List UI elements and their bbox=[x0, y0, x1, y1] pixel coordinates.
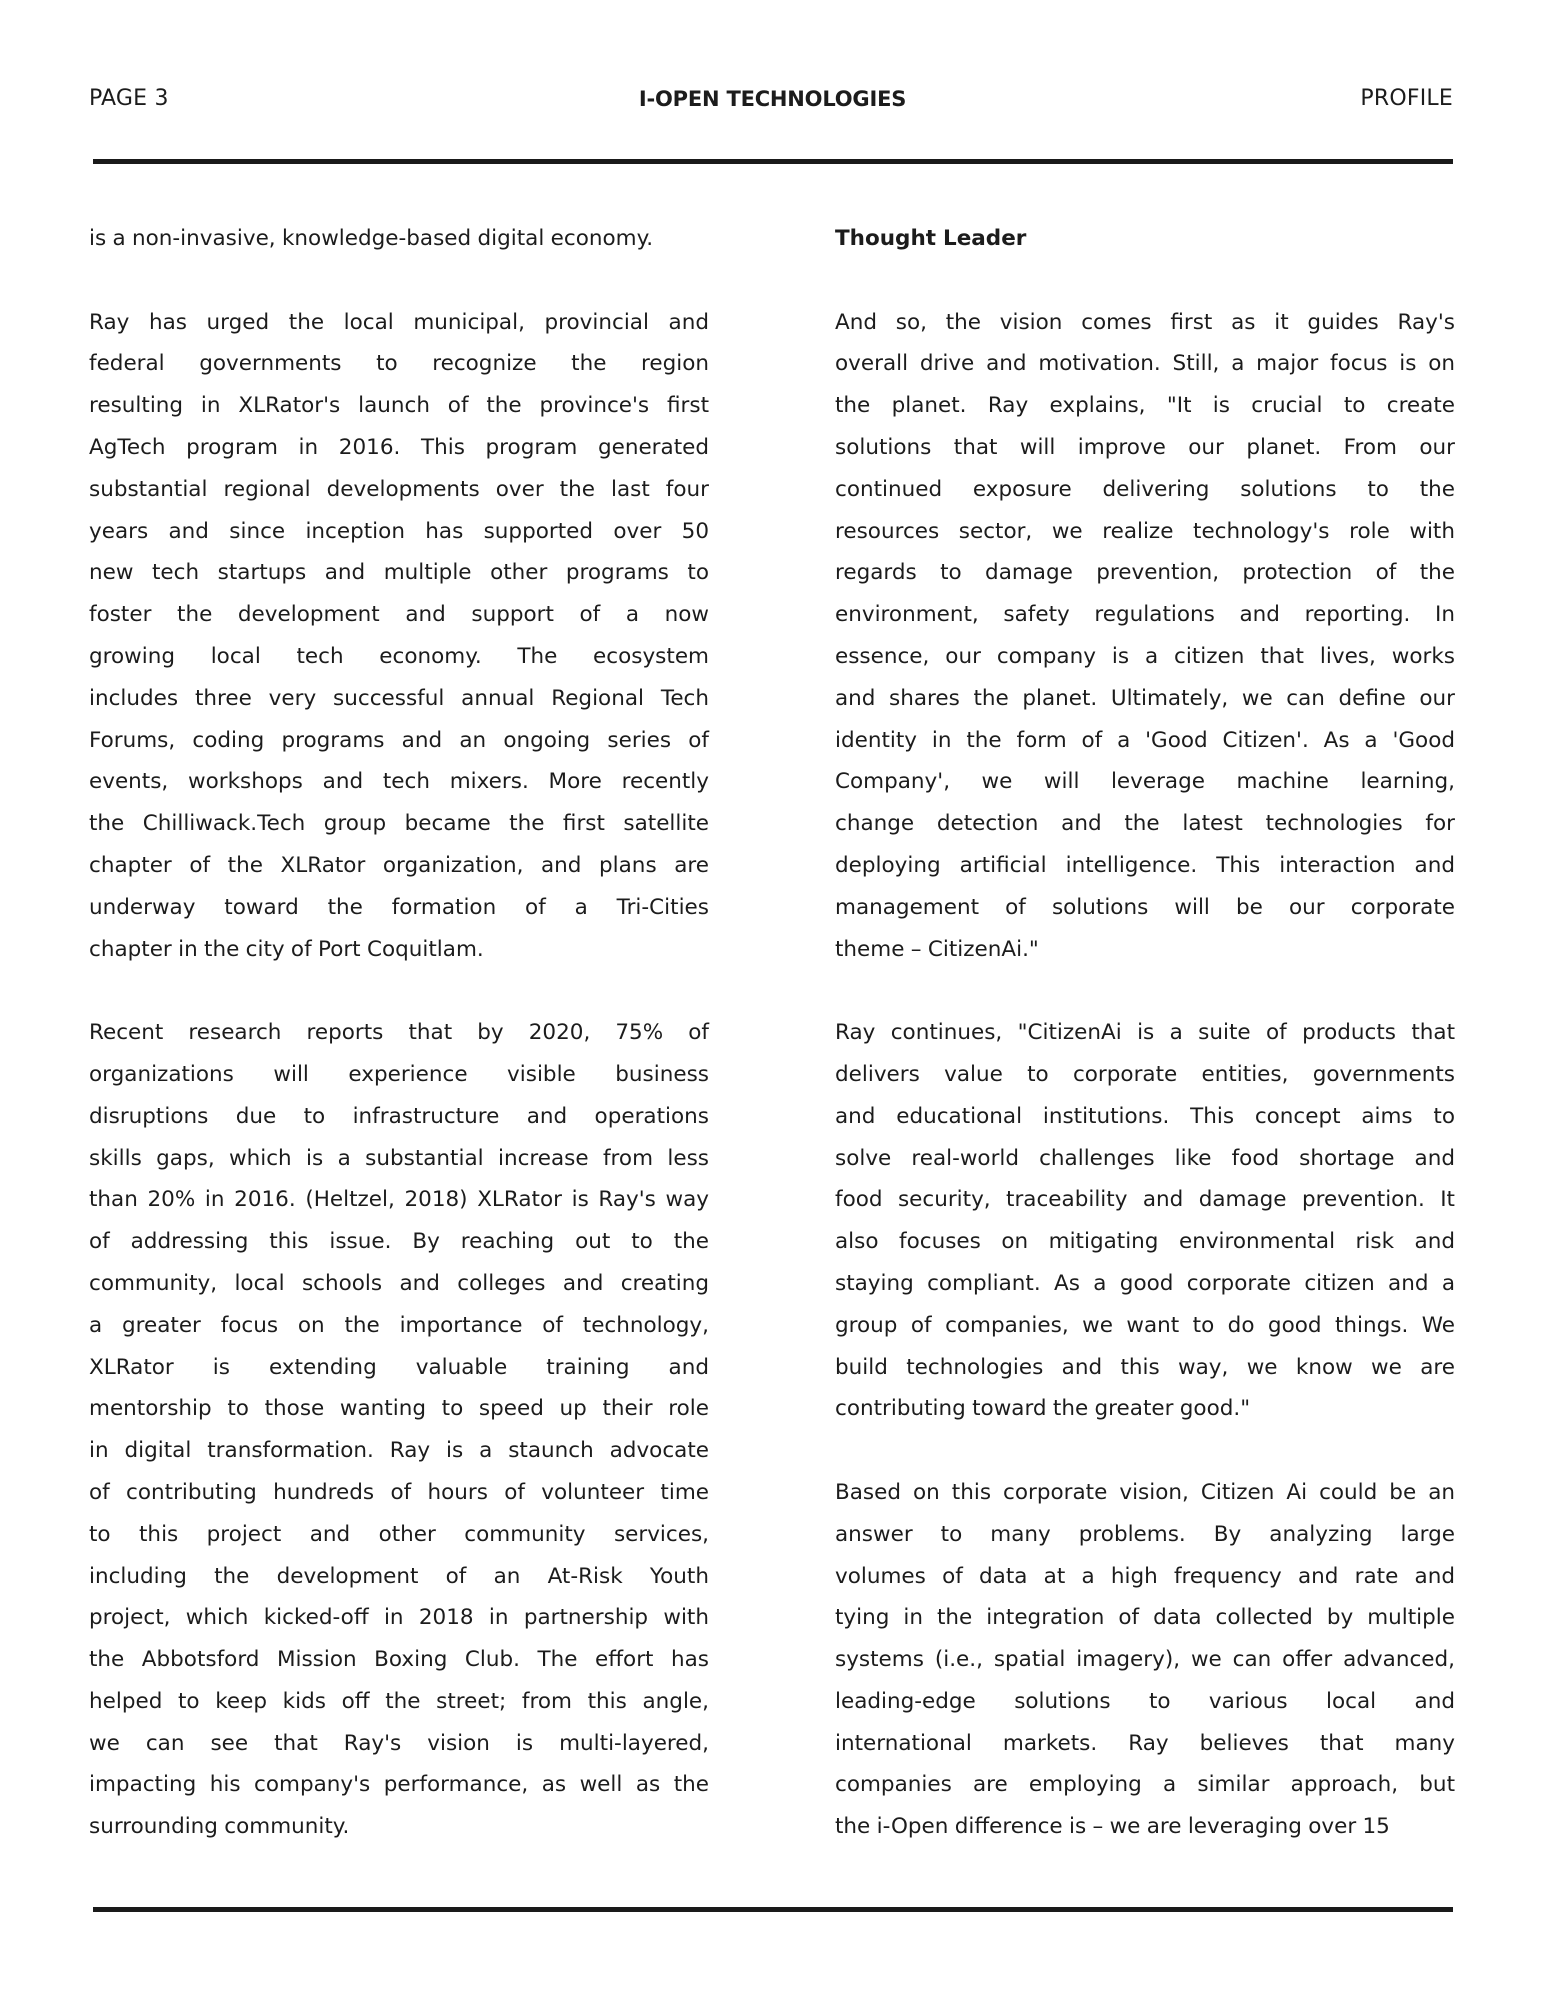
text-line: the Abbotsford Mission Boxing Club. The … bbox=[89, 1639, 709, 1681]
text-line: build technologies and this way, we know… bbox=[835, 1347, 1455, 1389]
section-label: PROFILE bbox=[1360, 84, 1453, 114]
text-line: essence, our company is a citizen that l… bbox=[835, 636, 1455, 678]
section-heading-block: Thought Leader bbox=[835, 218, 1455, 260]
left-column: is a non-invasive, knowledge-based digit… bbox=[89, 218, 709, 1890]
right-column: Thought Leader And so, the vision comes … bbox=[835, 218, 1455, 1890]
text-line: and shares the planet. Ultimately, we ca… bbox=[835, 678, 1455, 720]
text-line: disruptions due to infrastructure and op… bbox=[89, 1096, 709, 1138]
text-line: food security, traceability and damage p… bbox=[835, 1179, 1455, 1221]
text-line: systems (i.e., spatial imagery), we can … bbox=[835, 1639, 1455, 1681]
text-line: organizations will experience visible bu… bbox=[89, 1054, 709, 1096]
section-heading: Thought Leader bbox=[835, 218, 1455, 260]
text-line: federal governments to recognize the reg… bbox=[89, 343, 709, 385]
text-line: is a non-invasive, knowledge-based digit… bbox=[89, 218, 709, 260]
text-line: the i-Open difference is – we are levera… bbox=[835, 1806, 1455, 1848]
text-line: including the development of an At-Risk … bbox=[89, 1556, 709, 1598]
text-line: community, local schools and colleges an… bbox=[89, 1263, 709, 1305]
text-line: continued exposure delivering solutions … bbox=[835, 469, 1455, 511]
paragraph: Based on this corporate vision, Citizen … bbox=[835, 1472, 1455, 1848]
text-line: delivers value to corporate entities, go… bbox=[835, 1054, 1455, 1096]
text-line: of addressing this issue. By reaching ou… bbox=[89, 1221, 709, 1263]
text-line: regards to damage prevention, protection… bbox=[835, 552, 1455, 594]
text-line: impacting his company's performance, as … bbox=[89, 1764, 709, 1806]
text-line: new tech startups and multiple other pro… bbox=[89, 552, 709, 594]
text-line: tying in the integration of data collect… bbox=[835, 1597, 1455, 1639]
text-line: staying compliant. As a good corporate c… bbox=[835, 1263, 1455, 1305]
text-line: resulting in XLRator's launch of the pro… bbox=[89, 385, 709, 427]
text-line: AgTech program in 2016. This program gen… bbox=[89, 427, 709, 469]
text-line: the Chilliwack.Tech group became the fir… bbox=[89, 803, 709, 845]
text-line: than 20% in 2016. (Heltzel, 2018) XLRato… bbox=[89, 1179, 709, 1221]
text-line: of contributing hundreds of hours of vol… bbox=[89, 1472, 709, 1514]
text-line: companies are employing a similar approa… bbox=[835, 1764, 1455, 1806]
text-line: substantial regional developments over t… bbox=[89, 469, 709, 511]
paragraph: Ray has urged the local municipal, provi… bbox=[89, 302, 709, 971]
text-line: also focuses on mitigating environmental… bbox=[835, 1221, 1455, 1263]
text-line: Forums, coding programs and an ongoing s… bbox=[89, 720, 709, 762]
text-line: project, which kicked-off in 2018 in par… bbox=[89, 1597, 709, 1639]
text-line: mentorship to those wanting to speed up … bbox=[89, 1388, 709, 1430]
paragraph: And so, the vision comes first as it gui… bbox=[835, 302, 1455, 971]
text-line: resources sector, we realize technology'… bbox=[835, 511, 1455, 553]
text-line: surrounding community. bbox=[89, 1806, 709, 1848]
text-line: Ray has urged the local municipal, provi… bbox=[89, 302, 709, 344]
text-line: growing local tech economy. The ecosyste… bbox=[89, 636, 709, 678]
text-line: the planet. Ray explains, "It is crucial… bbox=[835, 385, 1455, 427]
text-line: management of solutions will be our corp… bbox=[835, 887, 1455, 929]
text-line: Recent research reports that by 2020, 75… bbox=[89, 1012, 709, 1054]
text-line: environment, safety regulations and repo… bbox=[835, 594, 1455, 636]
text-line: Ray continues, "CitizenAi is a suite of … bbox=[835, 1012, 1455, 1054]
text-line: chapter of the XLRator organization, and… bbox=[89, 845, 709, 887]
text-line: identity in the form of a 'Good Citizen'… bbox=[835, 720, 1455, 762]
text-line: solutions that will improve our planet. … bbox=[835, 427, 1455, 469]
paragraph: Ray continues, "CitizenAi is a suite of … bbox=[835, 1012, 1455, 1430]
text-line: group of companies, we want to do good t… bbox=[835, 1305, 1455, 1347]
text-line: answer to many problems. By analyzing la… bbox=[835, 1514, 1455, 1556]
text-line: And so, the vision comes first as it gui… bbox=[835, 302, 1455, 344]
text-line: international markets. Ray believes that… bbox=[835, 1723, 1455, 1765]
paragraph: Recent research reports that by 2020, 75… bbox=[89, 1012, 709, 1848]
text-line: events, workshops and tech mixers. More … bbox=[89, 761, 709, 803]
text-line: solve real-world challenges like food sh… bbox=[835, 1138, 1455, 1180]
header-divider bbox=[93, 159, 1453, 164]
publication-title: I-OPEN TECHNOLOGIES bbox=[0, 84, 1545, 114]
text-line: to this project and other community serv… bbox=[89, 1514, 709, 1556]
text-line: foster the development and support of a … bbox=[89, 594, 709, 636]
text-line: XLRator is extending valuable training a… bbox=[89, 1347, 709, 1389]
text-line: change detection and the latest technolo… bbox=[835, 803, 1455, 845]
text-line: overall drive and motivation. Still, a m… bbox=[835, 343, 1455, 385]
text-line: contributing toward the greater good." bbox=[835, 1388, 1455, 1430]
text-line: a greater focus on the importance of tec… bbox=[89, 1305, 709, 1347]
text-line: theme – CitizenAi." bbox=[835, 929, 1455, 971]
text-line: and educational institutions. This conce… bbox=[835, 1096, 1455, 1138]
footer-divider bbox=[93, 1907, 1453, 1912]
text-line: skills gaps, which is a substantial incr… bbox=[89, 1138, 709, 1180]
text-line: Based on this corporate vision, Citizen … bbox=[835, 1472, 1455, 1514]
text-line: volumes of data at a high frequency and … bbox=[835, 1556, 1455, 1598]
paragraph: is a non-invasive, knowledge-based digit… bbox=[89, 218, 709, 260]
text-line: Company', we will leverage machine learn… bbox=[835, 761, 1455, 803]
text-line: we can see that Ray's vision is multi-la… bbox=[89, 1723, 709, 1765]
text-line: deploying artificial intelligence. This … bbox=[835, 845, 1455, 887]
text-line: underway toward the formation of a Tri-C… bbox=[89, 887, 709, 929]
text-line: leading-edge solutions to various local … bbox=[835, 1681, 1455, 1723]
text-line: includes three very successful annual Re… bbox=[89, 678, 709, 720]
text-line: helped to keep kids off the street; from… bbox=[89, 1681, 709, 1723]
text-line: in digital transformation. Ray is a stau… bbox=[89, 1430, 709, 1472]
text-line: years and since inception has supported … bbox=[89, 511, 709, 553]
text-line: chapter in the city of Port Coquitlam. bbox=[89, 929, 709, 971]
